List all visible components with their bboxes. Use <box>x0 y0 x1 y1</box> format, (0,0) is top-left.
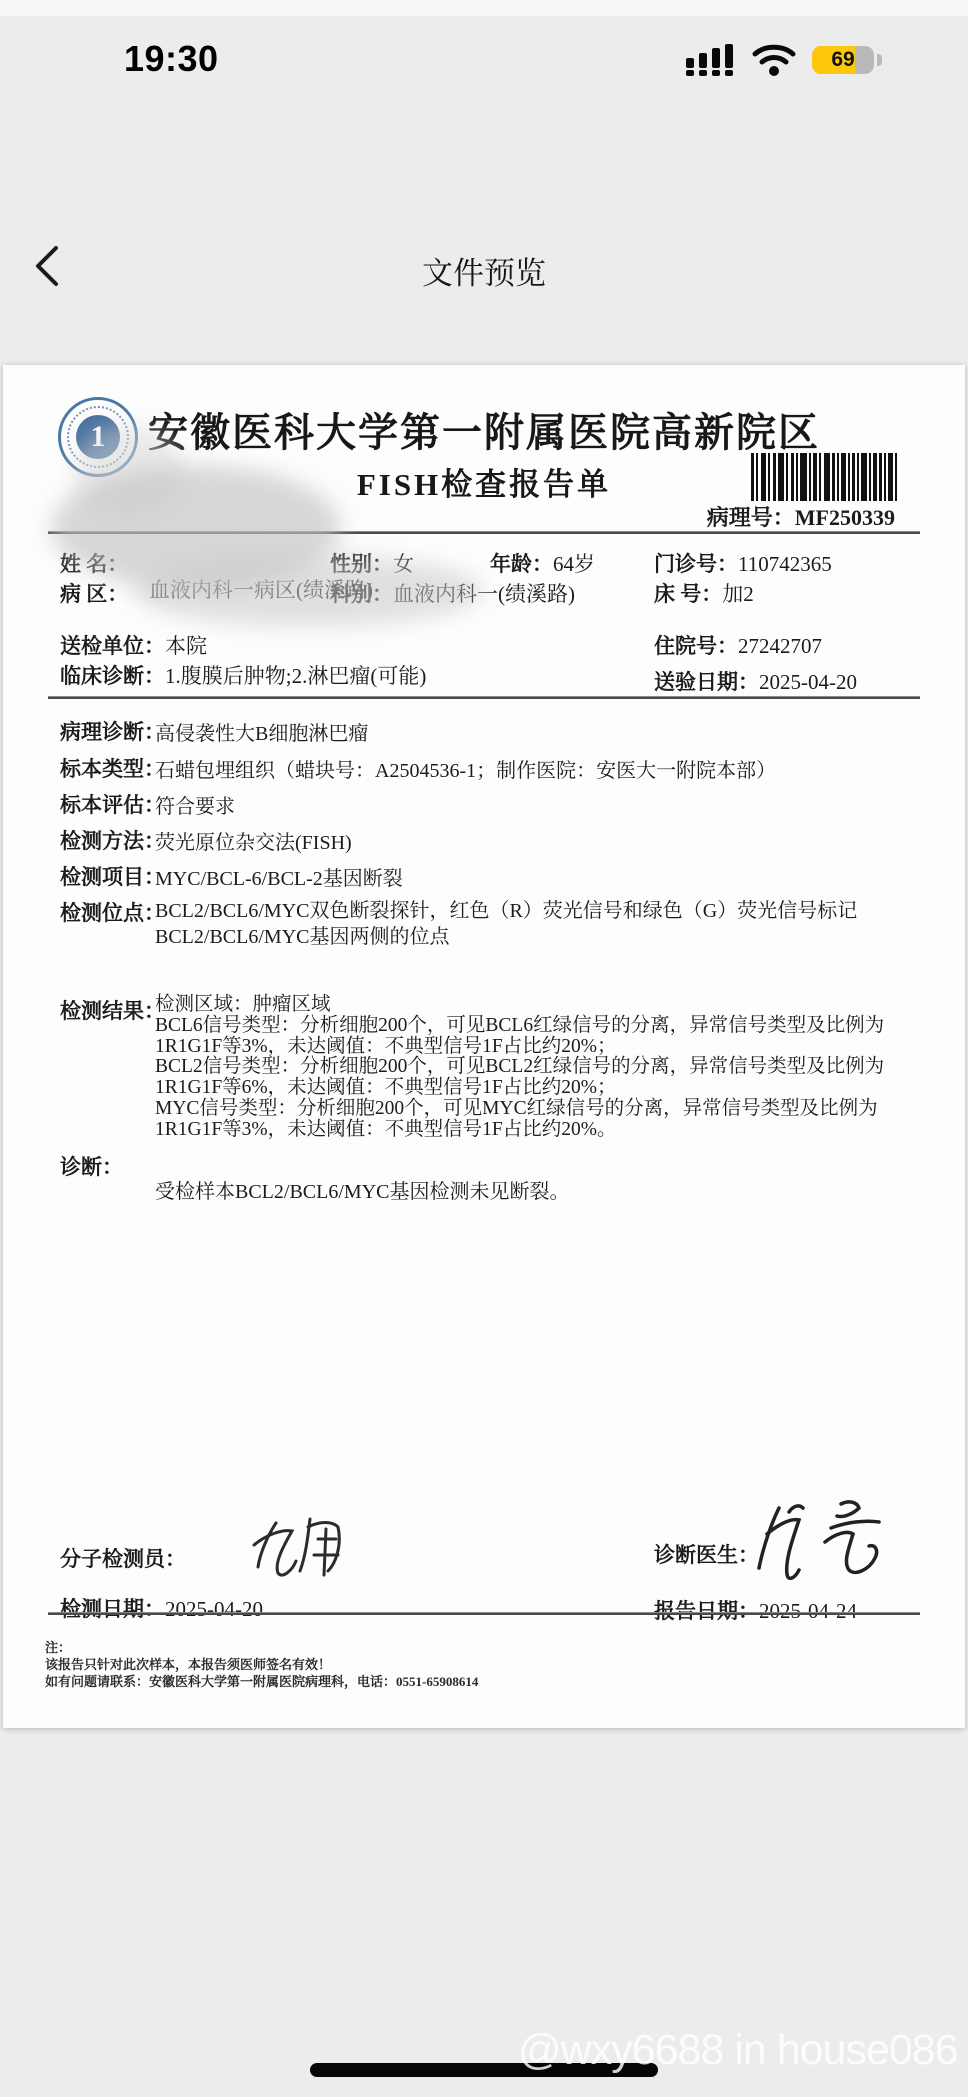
wifi-icon <box>752 44 796 76</box>
outpatient-number: 门诊号：110742365 <box>654 548 832 578</box>
results-label: 检测结果： <box>60 995 165 1025</box>
section-label: 检测方法： <box>60 825 165 855</box>
ward-label: 病 区： <box>60 578 128 608</box>
page-title: 文件预览 <box>0 248 968 293</box>
status-bar: 19:30 69 <box>0 0 968 100</box>
tester-signature <box>248 1505 408 1590</box>
results-lines: 检测区域：肿瘤区域 BCL6信号类型：分析细胞200个，可见BCL6红绿信号的分… <box>155 995 929 1141</box>
send-date: 送验日期：2025-04-20 <box>654 666 857 696</box>
results-line: BCL2信号类型：分析细胞200个，可见BCL2红绿信号的分离，异常信号类型及比… <box>155 1057 929 1099</box>
report-date: 报告日期：2025-04-24 <box>654 1595 857 1625</box>
section-content: 荧光原位杂交法(FISH) <box>155 826 352 855</box>
tester-label: 分子检测员： <box>60 1543 186 1573</box>
section-label: 病理诊断： <box>60 716 165 746</box>
redaction-smudge <box>133 555 483 627</box>
clinical-diagnosis: 临床诊断：1.腹膜后肿物;2.淋巴瘤(可能) <box>60 660 426 690</box>
results-line: 检测区域：肿瘤区域 <box>155 995 929 1016</box>
section-content: BCL2/BCL6/MYC双色断裂探针，红色（R）荧光信号和绿色（G）荧光信号标… <box>155 898 929 950</box>
patient-age: 年龄：64岁 <box>490 548 595 578</box>
nav-bar: 文件预览 <box>0 100 968 200</box>
bed-number: 床 号：加2 <box>654 578 754 608</box>
section-label: 标本评估： <box>60 789 165 819</box>
battery-icon: 69 <box>812 46 874 74</box>
barcode <box>751 453 897 501</box>
battery-nub <box>877 54 882 66</box>
section-label: 检测位点： <box>60 897 165 927</box>
section-content: 高侵袭性大B细胞淋巴瘤 <box>155 717 368 746</box>
section-content: 符合要求 <box>155 790 235 819</box>
section-label: 检测项目： <box>60 861 165 891</box>
send-unit: 送检单位：本院 <box>60 630 207 660</box>
divider-patient <box>48 696 920 699</box>
admission-number: 住院号：27242707 <box>654 630 822 660</box>
section-label: 标本类型： <box>60 753 165 783</box>
footer-note-2: 如有问题请联系：安徽医科大学第一附属医院病理科，电话：0551-65908614 <box>45 1671 478 1690</box>
clock-time: 19:30 <box>124 38 219 80</box>
divider-footer <box>48 1612 920 1615</box>
doctor-signature <box>753 1490 898 1590</box>
doctor-label: 诊断医生： <box>654 1539 759 1569</box>
watermark-text: @wxy6688 in house086 <box>518 2026 958 2075</box>
diagnosis-label: 诊断： <box>60 1151 123 1181</box>
results-line: BCL6信号类型：分析细胞200个，可见BCL6红绿信号的分离，异常信号类型及比… <box>155 1016 929 1058</box>
results-line: MYC信号类型：分析细胞200个，可见MYC红绿信号的分离，异常信号类型及比例为… <box>155 1099 929 1141</box>
diagnosis-content: 受检样本BCL2/BCL6/MYC基因检测未见断裂。 <box>155 1175 569 1204</box>
report-document: 1 安徽医科大学第一附属医院高新院区 FISH检查报告单 病理号：MF25033… <box>3 365 965 1728</box>
cellular-signal-icon <box>686 44 738 76</box>
test-date: 检测日期：2025-04-20 <box>60 1593 263 1623</box>
section-content: 石蜡包埋组织（蜡块号：A2504536-1；制作医院：安医大一附院本部） <box>155 754 776 783</box>
pathology-number: 病理号：MF250339 <box>603 501 895 532</box>
battery-percent: 69 <box>812 46 874 74</box>
section-content: MYC/BCL-6/BCL-2基因断裂 <box>155 862 403 891</box>
status-bar-top-strip <box>0 0 968 16</box>
